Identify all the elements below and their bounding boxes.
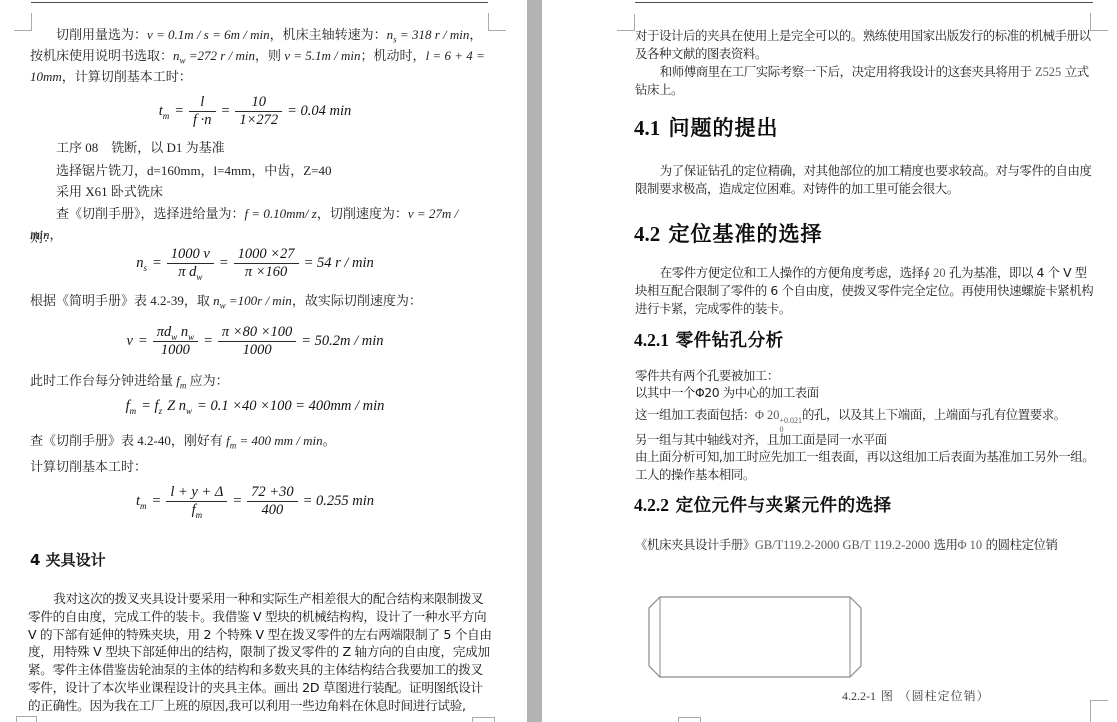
math-run: v = 5.1m / min	[284, 48, 360, 63]
line-process-08: 工序 08 铣断，以 D1 为基准	[30, 137, 490, 158]
text-run: ，计算切削基本工时：	[62, 69, 192, 84]
crop-mark	[494, 717, 495, 722]
model-number: Z525	[1035, 65, 1061, 79]
text-run: 应为：	[186, 373, 228, 388]
paragraph-gbt-standard: 《机床夹具设计手册》GB/T119.2-2000 GB/T 119.2-2000…	[635, 536, 1095, 554]
paragraph-fixture-usable: 对于设计后的夹具在使用上是完全可以的。熟练使用国家出版发行的标准的机械手册以及各…	[635, 27, 1095, 63]
fraction: πdw nw1000	[153, 324, 198, 359]
text-run: 在零件方便定位和工人操作的方便角度考虑，选择	[660, 265, 924, 280]
text-run: 查《切削手册》表 4.2-40，刚好有	[30, 433, 226, 448]
text-run: 此时工作台每分钟进给量	[30, 373, 176, 388]
text-run: 的孔，以及其上下端面，上端面与孔有位置要求。	[802, 407, 1066, 422]
caption-text: 图 （圆柱定位销）	[876, 689, 990, 703]
math-lhs: fm	[126, 398, 137, 415]
heading-text: 定位元件与夹紧元件的选择	[669, 496, 892, 516]
cylindrical-pin-figure	[648, 596, 862, 678]
formula-machining-time-1: tm = lf ·n = 101×272 = 0.04 min	[30, 94, 480, 129]
math-lhs: tm	[136, 493, 147, 510]
equals-sign: =	[152, 255, 162, 272]
pin-outline	[649, 597, 861, 677]
crop-mark	[678, 717, 679, 722]
formula-actual-speed: v = πdw nw1000 = π ×80 ×1001000 = 50.2m …	[30, 324, 480, 359]
formula-machining-time-2: tm = l + y + Δfm = 72 +30400 = 0.255 min	[30, 484, 480, 519]
equals-sign: =	[221, 103, 231, 120]
math-lhs: tm	[159, 103, 170, 120]
math-run: fm = 400 mm / min	[226, 433, 323, 448]
hole-diameter: Φ 20	[755, 408, 780, 422]
crop-mark	[472, 717, 495, 718]
math-result: = 54 r / min	[304, 255, 374, 272]
paragraph-two-holes: 零件共有两个孔要被加工： 以其中一个Φ20 为中心的加工表面	[635, 367, 1095, 402]
equals-sign: =	[219, 255, 229, 272]
line-concise-handbook: 根据《简明手册》表 4.2-39，取 nw =100r / min，故实际切削速…	[30, 290, 490, 311]
paragraph-positioning-accuracy: 为了保证钻孔的定位精确，对其他部位的加工精度也要求较高。对与零件的自由度限制要求…	[635, 162, 1095, 198]
heading-4-2-2-element-selection: 4.2.2 定位元件与夹紧元件的选择	[634, 492, 892, 517]
fraction: l + y + Δfm	[166, 484, 227, 519]
page-gap	[527, 0, 542, 722]
math-result: = 0.1 ×40 ×100 = 400mm / min	[197, 398, 384, 415]
fraction: 1000 ×27π ×160	[234, 246, 299, 281]
math-lhs: ns	[136, 255, 147, 272]
math-run: nw =100r / min	[213, 293, 292, 308]
text-run: 选用	[930, 537, 958, 552]
crop-mark	[617, 30, 634, 31]
heading-4-2-1-hole-analysis: 4.2.1 零件钻孔分析	[634, 327, 784, 352]
fraction: 101×272	[235, 94, 282, 129]
line-then: 则：	[30, 227, 490, 248]
crop-mark	[16, 716, 37, 717]
standard-number: GB/T119.2-2000 GB/T 119.2-2000	[755, 538, 930, 552]
heading-text: 零件钻孔分析	[669, 331, 784, 351]
crop-mark	[472, 717, 473, 722]
math-run: f = 0.10mm/ z	[245, 206, 317, 221]
diameter-symbol: ∮ 20	[924, 266, 946, 280]
crop-mark	[488, 30, 506, 31]
math-run: fm	[176, 373, 186, 388]
math-result: = 0.04 min	[287, 103, 351, 120]
paragraph-z525-drill: 和师傅商里在工厂实际考察一下后，决定用将我设计的这套夹具将用于 Z525 立式钻…	[635, 63, 1095, 99]
crop-mark	[678, 717, 701, 718]
text-run: ，故实际切削速度为：	[292, 293, 422, 308]
caption-number: 4.2.2-1	[842, 689, 876, 703]
equals-sign: =	[203, 333, 213, 350]
fraction: π ×80 ×1001000	[218, 324, 296, 359]
math-run: ns = 318 r / min	[387, 27, 470, 42]
math-run: v = 0.1m / s = 6m / min	[147, 27, 270, 42]
fraction: 1000 vπ dw	[167, 246, 214, 281]
heading-number: 4.2.1	[634, 330, 669, 350]
equals-sign: =	[232, 493, 242, 510]
line-saw-cutter: 选择锯片铣刀，d=160mm，l=4mm，中齿，Z=40	[30, 160, 490, 181]
text-run: 的圆柱定位销	[982, 537, 1057, 552]
math-result: = 0.255 min	[303, 493, 374, 510]
math-run: nw =272 r / min	[173, 48, 255, 63]
crop-mark	[36, 716, 37, 722]
formula-spindle-speed: ns = 1000 vπ dw = 1000 ×27π ×160 = 54 r …	[30, 246, 480, 281]
cylindrical-pin-drawing	[648, 596, 862, 678]
equals-sign: =	[174, 103, 184, 120]
text-run: 根据《简明手册》表 4.2-39，取	[30, 293, 213, 308]
heading-text: 定位基准的选择	[660, 222, 822, 246]
text-run: 。	[323, 433, 336, 448]
equals-sign: =	[152, 493, 162, 510]
fraction: 72 +30400	[247, 484, 297, 519]
line-compute-time: 计算切削基本工时：	[30, 456, 490, 477]
heading-number: 4.1	[634, 116, 660, 140]
page-top-rule	[635, 2, 1093, 3]
paragraph-datum-choice: 在零件方便定位和工人操作的方便角度考虑，选择∮ 20 孔为基准，即以 4 个 V…	[635, 264, 1095, 318]
math-lhs: v	[126, 333, 132, 350]
text-run: 这一组加工表面包括：	[635, 407, 755, 422]
heading-chapter4-fixture-design: 4 夹具设计	[30, 549, 106, 570]
equals-sign: =	[138, 333, 148, 350]
paragraph-cutting-params: 切削用量选为：v = 0.1m / s = 6m / min，机床主轴转速为：n…	[30, 24, 490, 87]
crop-mark	[1090, 700, 1091, 722]
pin-diameter: Φ 10	[958, 538, 983, 552]
text-run: ，则	[255, 48, 284, 63]
paragraph-other-group: 另一组与其中轴线对齐，且加工面是同一水平面 由上面分析可知,加工时应先加工一组表…	[635, 431, 1095, 483]
heading-4-1-problem: 4.1 问题的提出	[634, 112, 779, 142]
right-page[interactable]: 对于设计后的夹具在使用上是完全可以的。熟练使用国家出版发行的标准的机械手册以及各…	[542, 0, 1117, 722]
text-run: ，切削速度为：	[317, 206, 408, 221]
math-run: Z nw	[167, 398, 192, 415]
crop-mark	[700, 717, 701, 722]
text-run: 和师傅商里在工厂实际考察一下后，决定用将我设计的这套夹具将用于	[660, 64, 1035, 79]
line-handbook-4240: 查《切削手册》表 4.2-40，刚好有 fm = 400 mm / min。	[30, 430, 490, 451]
line-x61-mill: 采用 X61 卧式铣床	[30, 181, 490, 202]
figure-caption: 4.2.2-1 图 （圆柱定位销）	[842, 687, 990, 704]
text-run: 《机床夹具设计手册》	[635, 537, 755, 552]
text-run: ，机床主轴转速为：	[270, 27, 387, 42]
text-run: 对于设计后的夹具在使用上是完全可以的。熟练使用国家出版发行的标准的机械手册以及各…	[635, 28, 1091, 61]
paragraph-fixture-design: 我对这次的拨叉夹具设计要采用一种和实际生产相差很大的配合结构来限制拨叉零件的自由…	[28, 590, 494, 715]
crop-mark	[16, 716, 17, 722]
text-run: ；机动时，	[361, 48, 426, 63]
left-page[interactable]: 切削用量选为：v = 0.1m / s = 6m / min，机床主轴转速为：n…	[0, 0, 527, 722]
crop-mark	[1090, 700, 1108, 701]
fraction: lf ·n	[189, 94, 216, 129]
heading-number: 4.2.2	[634, 495, 669, 515]
formula-feed-per-minute: fm = fz Z nw = 0.1 ×40 ×100 = 400mm / mi…	[30, 398, 480, 415]
math-result: = 50.2m / min	[301, 333, 383, 350]
page-top-rule	[31, 2, 488, 3]
text-run: 切削用量选为：	[56, 27, 147, 42]
heading-number: 4.2	[634, 222, 660, 246]
paragraph-surface-group: 这一组加工表面包括：Φ 20+0.0210的孔，以及其上下端面，上端面与孔有位置…	[635, 406, 1095, 434]
crop-mark	[14, 30, 31, 31]
text-run: 查《切削手册》，选择进给量为：	[56, 206, 245, 221]
line-table-feed: 此时工作台每分钟进给量 fm 应为：	[30, 370, 490, 391]
heading-text: 问题的提出	[660, 116, 778, 140]
heading-4-2-datum-selection: 4.2 定位基准的选择	[634, 218, 823, 248]
math-run: = fz	[141, 398, 162, 415]
